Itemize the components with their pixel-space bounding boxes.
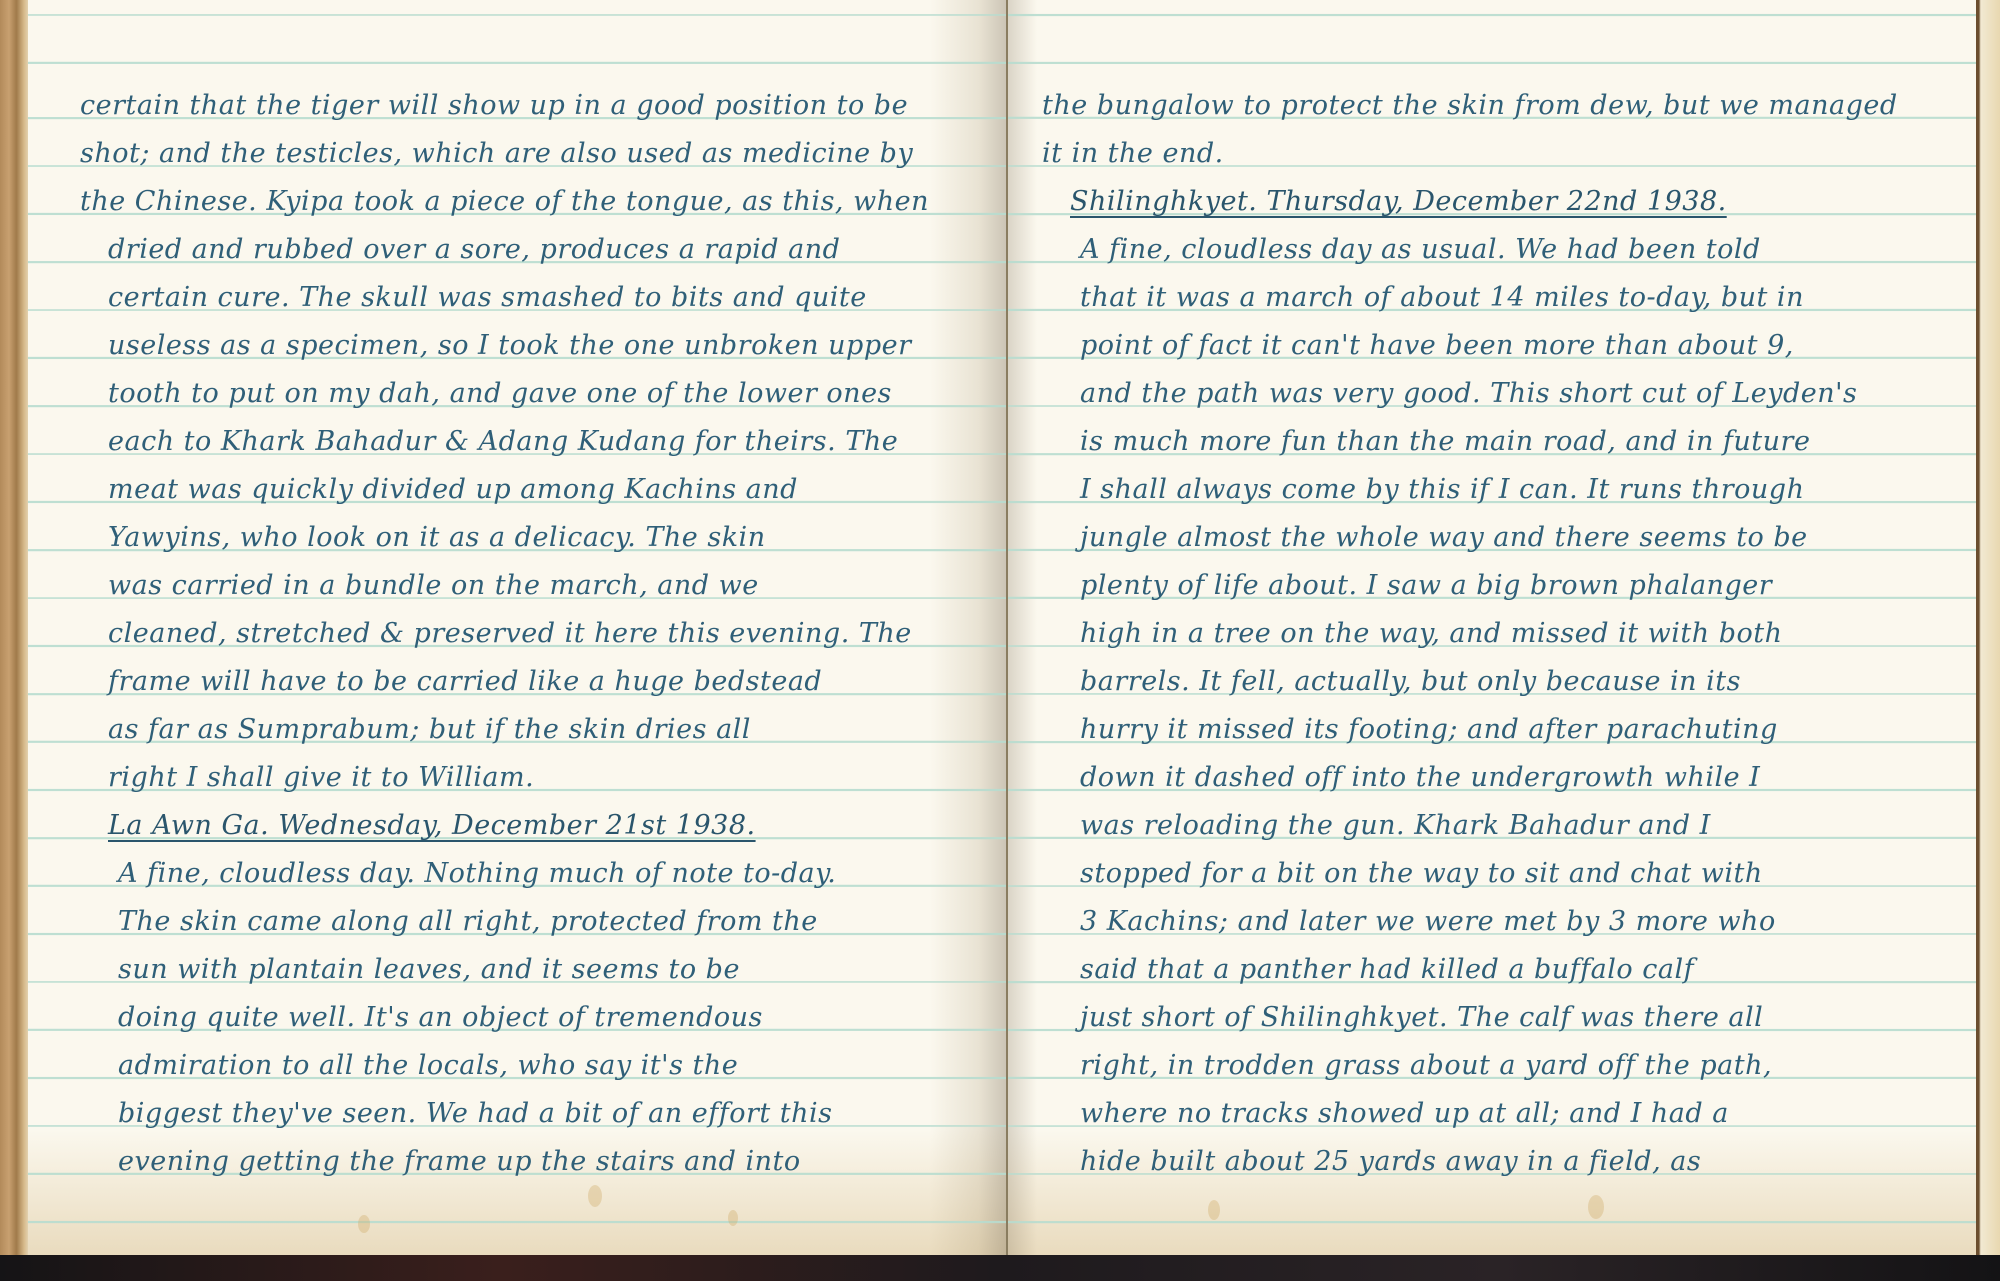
text-line: I shall always come by this if I can. It… — [1042, 466, 1957, 514]
text-line: hurry it missed its footing; and after p… — [1042, 706, 1957, 754]
text-line: useless as a specimen, so I took the one… — [80, 322, 1000, 370]
text-line: cleaned, stretched & preserved it here t… — [80, 610, 1000, 658]
background-surface — [0, 1255, 2000, 1281]
text-line: was reloading the gun. Khark Bahadur and… — [1042, 802, 1957, 850]
text-line: right I shall give it to William. — [80, 754, 1000, 802]
text-line: A fine, cloudless day as usual. We had b… — [1042, 226, 1957, 274]
text-line: certain cure. The skull was smashed to b… — [80, 274, 1000, 322]
text-line: jungle almost the whole way and there se… — [1042, 514, 1957, 562]
text-line: point of fact it can't have been more th… — [1042, 322, 1957, 370]
text-line: certain that the tiger will show up in a… — [80, 82, 1000, 130]
text-line: barrels. It fell, actually, but only bec… — [1042, 658, 1957, 706]
text-line: the bungalow to protect the skin from de… — [1042, 82, 1957, 130]
water-stain — [358, 1215, 370, 1233]
right-page-text: the bungalow to protect the skin from de… — [1042, 82, 1957, 1186]
entry-heading-line: Shilinghkyet. Thursday, December 22nd 19… — [1042, 178, 1957, 226]
water-stain — [728, 1210, 738, 1226]
text-line: biggest they've seen. We had a bit of an… — [80, 1090, 1000, 1138]
text-line: admiration to all the locals, who say it… — [80, 1042, 1000, 1090]
water-stain — [1588, 1195, 1604, 1219]
water-stain — [1208, 1200, 1220, 1220]
text-line: each to Khark Bahadur & Adang Kudang for… — [80, 418, 1000, 466]
text-line: tooth to put on my dah, and gave one of … — [80, 370, 1000, 418]
text-line: it in the end. — [1042, 130, 1957, 178]
text-line: just short of Shilinghkyet. The calf was… — [1042, 994, 1957, 1042]
text-line: that it was a march of about 14 miles to… — [1042, 274, 1957, 322]
text-line: was carried in a bundle on the march, an… — [80, 562, 1000, 610]
text-line: dried and rubbed over a sore, produces a… — [80, 226, 1000, 274]
text-line: meat was quickly divided up among Kachin… — [80, 466, 1000, 514]
notebook-spread: certain that the tiger will show up in a… — [0, 0, 2000, 1281]
text-line: where no tracks showed up at all; and I … — [1042, 1090, 1957, 1138]
text-line: evening getting the frame up the stairs … — [80, 1138, 1000, 1186]
left-page-text: certain that the tiger will show up in a… — [80, 82, 1000, 1186]
text-line: said that a panther had killed a buffalo… — [1042, 946, 1957, 994]
text-line: the Chinese. Kyipa took a piece of the t… — [80, 178, 1000, 226]
text-line: The skin came along all right, protected… — [80, 898, 1000, 946]
text-line: plenty of life about. I saw a big brown … — [1042, 562, 1957, 610]
text-line: sun with plantain leaves, and it seems t… — [80, 946, 1000, 994]
left-page: certain that the tiger will show up in a… — [28, 0, 1008, 1255]
text-line: and the path was very good. This short c… — [1042, 370, 1957, 418]
entry-heading-line: La Awn Ga. Wednesday, December 21st 1938… — [80, 802, 1000, 850]
text-line: Yawyins, who look on it as a delicacy. T… — [80, 514, 1000, 562]
entry-heading: Shilinghkyet. Thursday, December 22nd 19… — [1070, 178, 1727, 226]
right-page: the bungalow to protect the skin from de… — [1008, 0, 1976, 1255]
text-line: stopped for a bit on the way to sit and … — [1042, 850, 1957, 898]
text-line: as far as Sumprabum; but if the skin dri… — [80, 706, 1000, 754]
text-line: hide built about 25 yards away in a fiel… — [1042, 1138, 1957, 1186]
page-stack-edge-right — [1976, 0, 2000, 1255]
text-line: right, in trodden grass about a yard off… — [1042, 1042, 1957, 1090]
text-line: down it dashed off into the undergrowth … — [1042, 754, 1957, 802]
entry-heading: La Awn Ga. Wednesday, December 21st 1938… — [108, 802, 756, 850]
text-line: shot; and the testicles, which are also … — [80, 130, 1000, 178]
water-stain — [588, 1185, 602, 1207]
text-line: doing quite well. It's an object of trem… — [80, 994, 1000, 1042]
page-stack-edge-left — [0, 0, 30, 1255]
text-line: is much more fun than the main road, and… — [1042, 418, 1957, 466]
text-line: high in a tree on the way, and missed it… — [1042, 610, 1957, 658]
text-line: frame will have to be carried like a hug… — [80, 658, 1000, 706]
text-line: 3 Kachins; and later we were met by 3 mo… — [1042, 898, 1957, 946]
text-line: A fine, cloudless day. Nothing much of n… — [80, 850, 1000, 898]
